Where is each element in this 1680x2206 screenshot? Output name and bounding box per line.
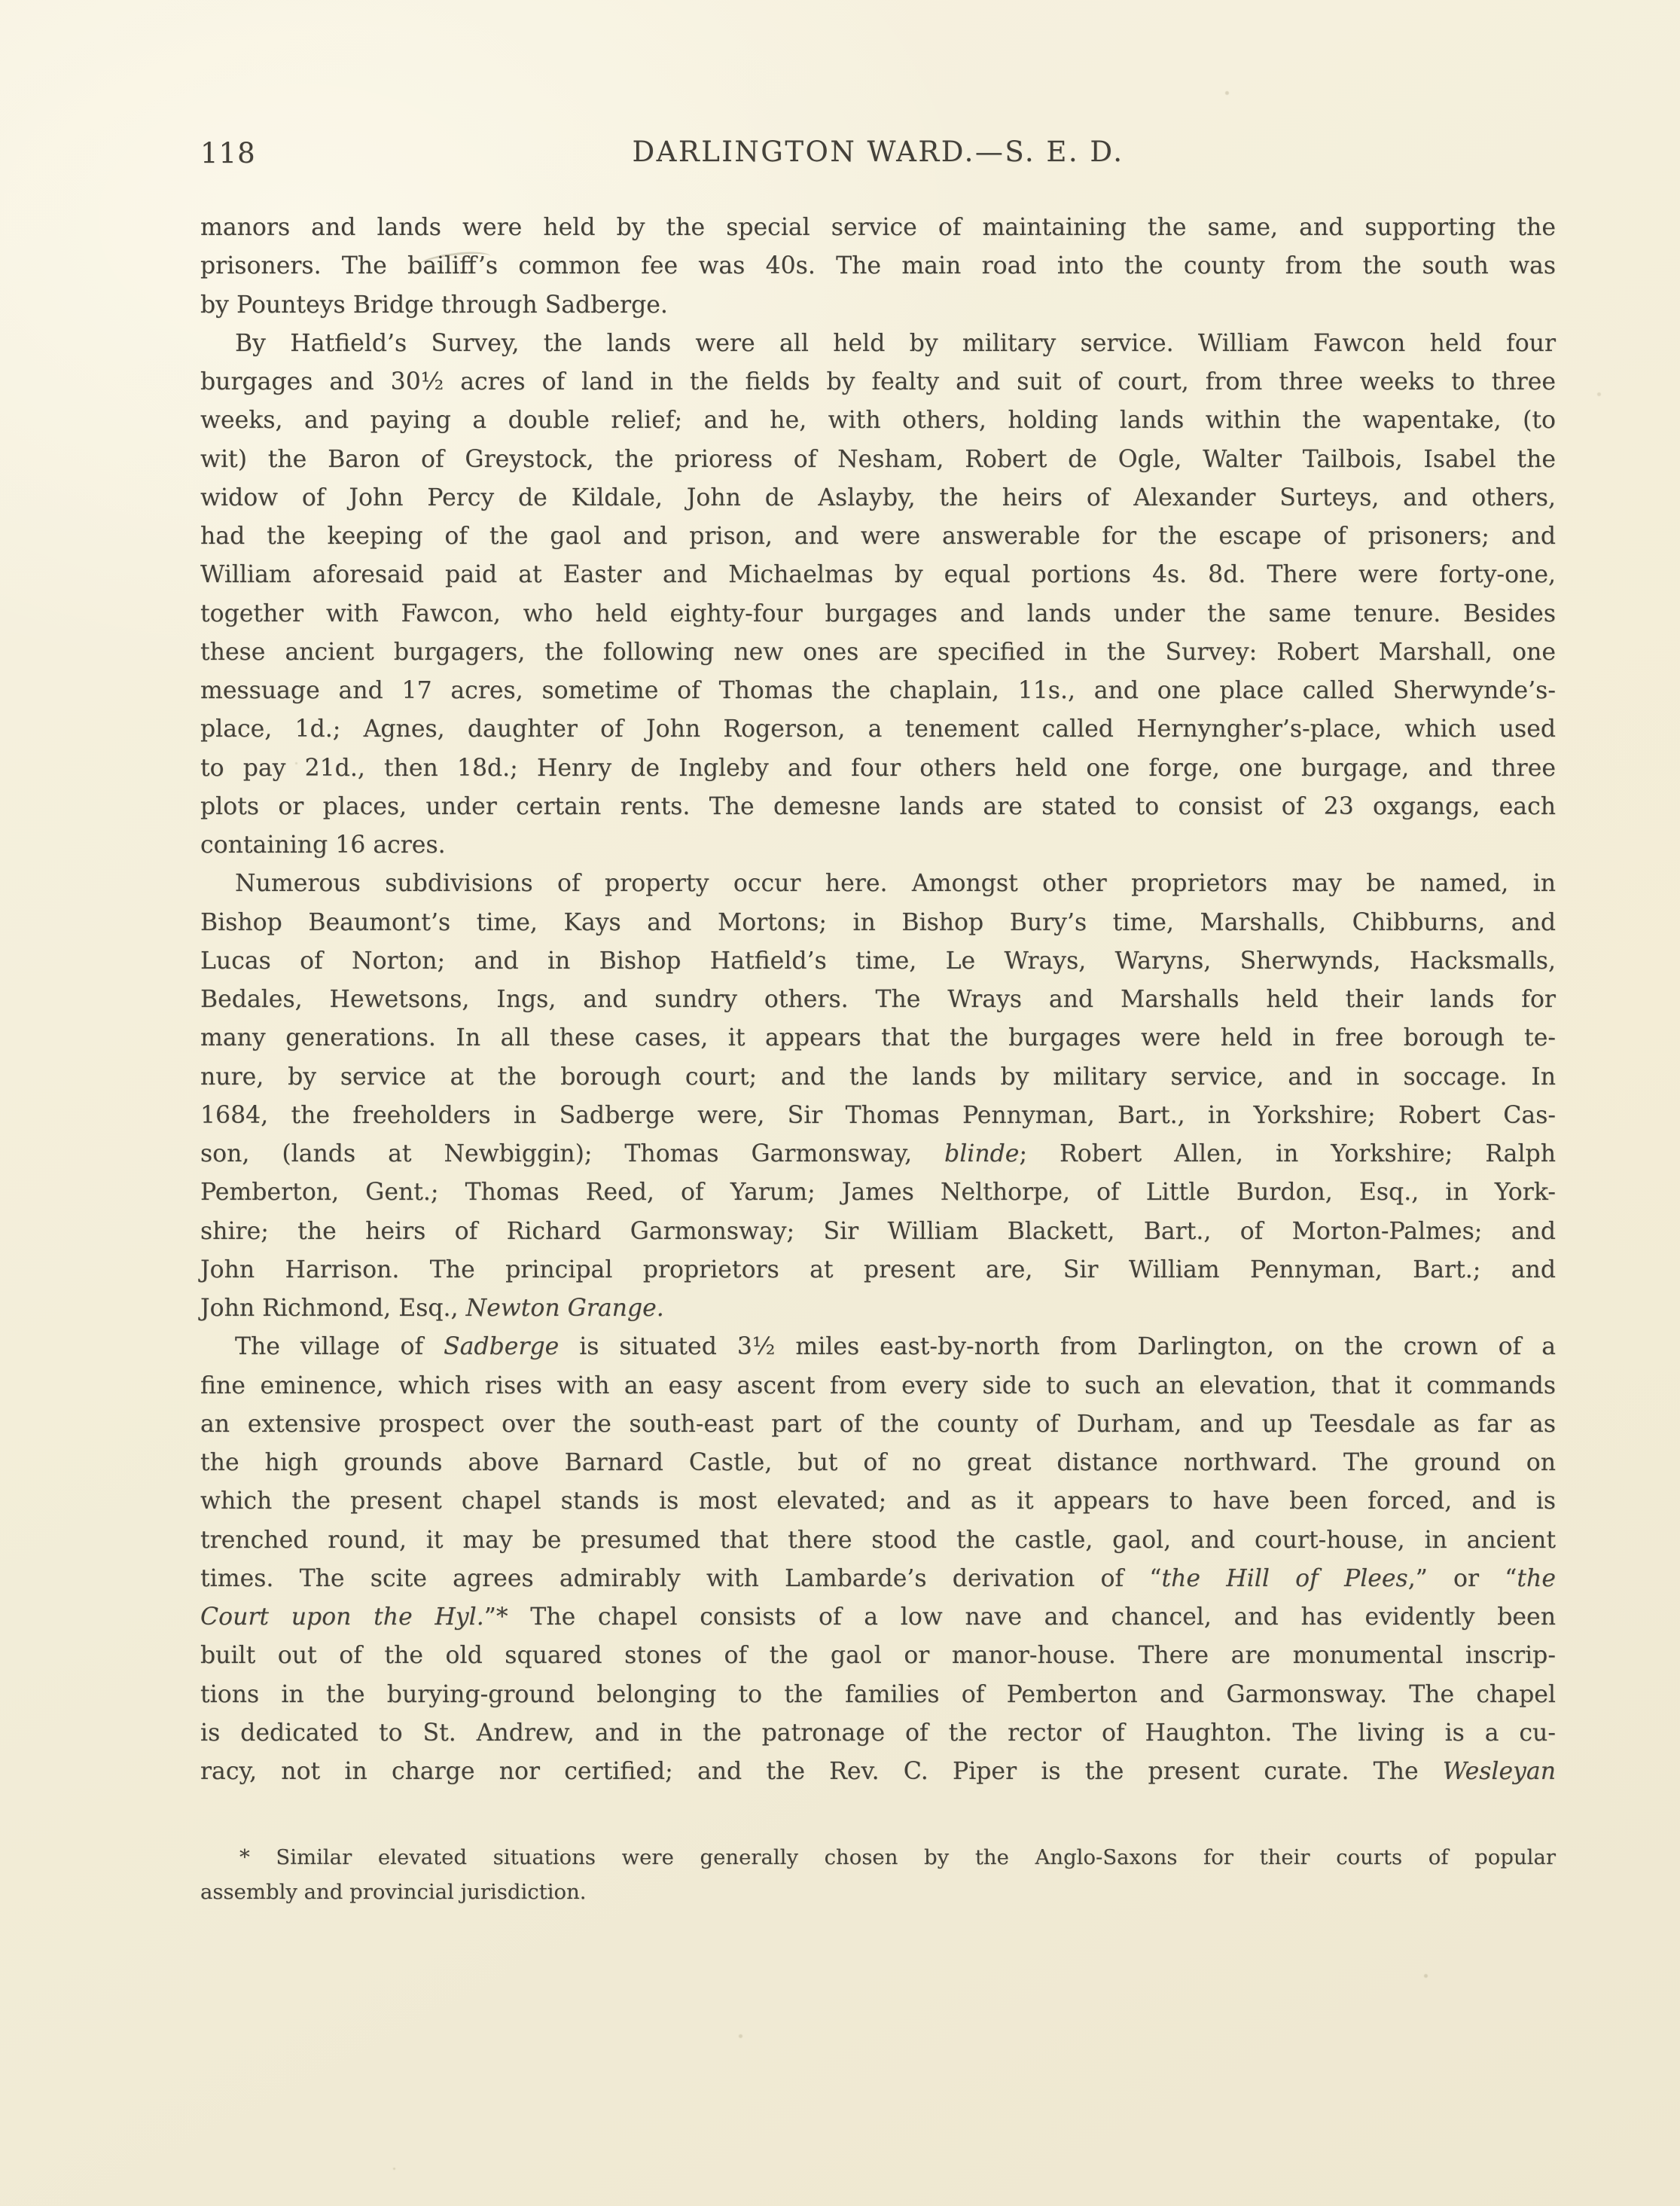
text-line: son, (lands at Newbiggin); Thomas Garmon… xyxy=(200,1135,1556,1173)
text-line: Court upon the Hyl.”* The chapel consist… xyxy=(200,1598,1556,1637)
text-line: * Similar elevated situations were gener… xyxy=(200,1840,1556,1875)
text-line: together with Fawcon, who held eighty-fo… xyxy=(200,595,1556,633)
text-line: manors and lands were held by the specia… xyxy=(200,209,1556,247)
text-segment: place, 1d.; Agnes, daughter of John Roge… xyxy=(200,716,1556,743)
text-line: widow of John Percy de Kildale, John de … xyxy=(200,479,1556,517)
text-line: weeks, and paying a double relief; and h… xyxy=(200,401,1556,440)
text-segment: son, (lands at Newbiggin); Thomas Garmon… xyxy=(200,1140,944,1167)
text-segment: messuage and 17 acres, sometime of Thoma… xyxy=(200,677,1556,704)
text-line: Pemberton, Gent.; Thomas Reed, of Yarum;… xyxy=(200,1173,1556,1212)
text-segment: ”* The chapel consists of a low nave and… xyxy=(484,1603,1556,1631)
text-line: built out of the old squared stones of t… xyxy=(200,1637,1556,1675)
text-line: messuage and 17 acres, sometime of Thoma… xyxy=(200,672,1556,710)
text-segment: Bedales, Hewetsons, Ings, and sundry oth… xyxy=(200,986,1556,1013)
text-line: racy, not in charge nor certified; and t… xyxy=(200,1753,1556,1791)
page: { "page": { "number": "118", "header": "… xyxy=(0,0,1680,2206)
text-segment: widow of John Percy de Kildale, John de … xyxy=(200,484,1556,511)
text-segment: tions in the burying-ground belonging to… xyxy=(200,1681,1556,1708)
running-header: DARLINGTON WARD.—S. E. D. xyxy=(200,136,1556,168)
text-line: the high grounds above Barnard Castle, b… xyxy=(200,1444,1556,1482)
text-line: which the present chapel stands is most … xyxy=(200,1482,1556,1521)
text-segment: many generations. In all these cases, it… xyxy=(200,1024,1556,1051)
text-segment: which the present chapel stands is most … xyxy=(200,1487,1556,1515)
italic-text-segment: Sadberge xyxy=(444,1333,559,1360)
text-line: times. The scite agrees admirably with L… xyxy=(200,1560,1556,1598)
text-segment: racy, not in charge nor certified; and t… xyxy=(200,1758,1443,1785)
text-segment: by Pounteys Bridge through Sadberge. xyxy=(200,291,668,319)
text-line: fine eminence, which rises with an easy … xyxy=(200,1367,1556,1405)
text-segment: the high grounds above Barnard Castle, b… xyxy=(200,1449,1556,1476)
italic-text-segment: the xyxy=(1517,1565,1556,1592)
text-segment: these ancient burgagers, the following n… xyxy=(200,639,1556,666)
text-line: had the keeping of the gaol and prison, … xyxy=(200,517,1556,556)
text-segment: The village of xyxy=(235,1333,444,1360)
text-segment: Pemberton, Gent.; Thomas Reed, of Yarum;… xyxy=(200,1179,1556,1206)
text-segment: trenched round, it may be presumed that … xyxy=(200,1527,1556,1554)
text-line: Bedales, Hewetsons, Ings, and sundry oth… xyxy=(200,981,1556,1019)
text-line: John Harrison. The principal proprietors… xyxy=(200,1251,1556,1289)
text-segment: is situated 3½ miles east-by-north from … xyxy=(559,1333,1556,1360)
text-segment: ,” or “ xyxy=(1408,1565,1517,1592)
italic-text-segment: Court upon the Hyl. xyxy=(200,1603,484,1631)
text-segment: nure, by service at the borough court; a… xyxy=(200,1063,1556,1091)
footnote: * Similar elevated situations were gener… xyxy=(200,1840,1556,1909)
text-segment: John Richmond, Esq., xyxy=(200,1295,466,1322)
text-line: William aforesaid paid at Easter and Mic… xyxy=(200,556,1556,594)
text-line: shire; the heirs of Richard Garmonsway; … xyxy=(200,1213,1556,1251)
text-line: is dedicated to St. Andrew, and in the p… xyxy=(200,1714,1556,1753)
text-segment: John Harrison. The principal proprietors… xyxy=(200,1256,1556,1283)
text-segment: burgages and 30½ acres of land in the fi… xyxy=(200,368,1556,395)
text-segment: together with Fawcon, who held eighty-fo… xyxy=(200,600,1556,627)
text-segment: By Hatfield’s Survey, the lands were all… xyxy=(235,330,1556,357)
text-segment: shire; the heirs of Richard Garmonsway; … xyxy=(200,1218,1556,1245)
text-segment: * Similar elevated situations were gener… xyxy=(239,1845,1556,1869)
text-line: wit) the Baron of Greystock, the priores… xyxy=(200,441,1556,479)
text-segment: is dedicated to St. Andrew, and in the p… xyxy=(200,1719,1556,1747)
text-line: trenched round, it may be presumed that … xyxy=(200,1521,1556,1560)
text-line: place, 1d.; Agnes, daughter of John Roge… xyxy=(200,710,1556,749)
body-text: manors and lands were held by the specia… xyxy=(200,209,1556,1791)
text-segment: Bishop Beaumont’s time, Kays and Mortons… xyxy=(200,909,1556,936)
text-line: many generations. In all these cases, it… xyxy=(200,1019,1556,1057)
text-segment: assembly and provincial jurisdiction. xyxy=(200,1880,587,1904)
text-segment: had the keeping of the gaol and prison, … xyxy=(200,523,1556,550)
text-segment: containing 16 acres. xyxy=(200,831,446,859)
text-line: Lucas of Norton; and in Bishop Hatfield’… xyxy=(200,942,1556,981)
text-segment: manors and lands were held by the specia… xyxy=(200,214,1556,241)
italic-text-segment: Newton Grange. xyxy=(466,1295,664,1322)
text-segment: ; Robert Allen, in Yorkshire; Ralph xyxy=(1019,1140,1556,1167)
text-segment: Lucas of Norton; and in Bishop Hatfield’… xyxy=(200,947,1556,975)
text-segment: to pay 21d., then 18d.; Henry de Ingleby… xyxy=(200,755,1556,782)
text-segment: weeks, and paying a double relief; and h… xyxy=(200,407,1556,434)
text-segment: an extensive prospect over the south-eas… xyxy=(200,1411,1556,1438)
text-segment: 1684, the freeholders in Sadberge were, … xyxy=(200,1102,1556,1129)
text-line: prisoners. The bailiff’s common fee was … xyxy=(200,247,1556,285)
italic-text-segment: blinde xyxy=(944,1140,1019,1167)
text-line: these ancient burgagers, the following n… xyxy=(200,633,1556,672)
text-line: Bishop Beaumont’s time, Kays and Mortons… xyxy=(200,904,1556,942)
text-segment: prisoners. The bailiff’s common fee was … xyxy=(200,252,1556,279)
text-line: to pay 21d., then 18d.; Henry de Ingleby… xyxy=(200,749,1556,788)
text-segment: fine eminence, which rises with an easy … xyxy=(200,1372,1556,1399)
text-line: The village of Sadberge is situated 3½ m… xyxy=(200,1328,1556,1366)
text-line: nure, by service at the borough court; a… xyxy=(200,1058,1556,1097)
italic-text-segment: Wesleyan xyxy=(1443,1758,1556,1785)
text-segment: plots or places, under certain rents. Th… xyxy=(200,793,1556,820)
text-segment: wit) the Baron of Greystock, the priores… xyxy=(200,446,1556,473)
italic-text-segment: the Hill of Plees xyxy=(1161,1565,1407,1592)
text-segment: built out of the old squared stones of t… xyxy=(200,1642,1556,1669)
text-line: 1684, the freeholders in Sadberge were, … xyxy=(200,1097,1556,1135)
text-line: plots or places, under certain rents. Th… xyxy=(200,788,1556,826)
text-segment: William aforesaid paid at Easter and Mic… xyxy=(200,561,1556,588)
paper-specks xyxy=(0,0,2,2)
text-line: burgages and 30½ acres of land in the fi… xyxy=(200,363,1556,401)
text-line: tions in the burying-ground belonging to… xyxy=(200,1676,1556,1714)
text-segment: Numerous subdivisions of property occur … xyxy=(235,870,1556,897)
text-line: By Hatfield’s Survey, the lands were all… xyxy=(200,325,1556,363)
text-line: Numerous subdivisions of property occur … xyxy=(200,865,1556,903)
text-segment: times. The scite agrees admirably with L… xyxy=(200,1565,1161,1592)
text-line: an extensive prospect over the south-eas… xyxy=(200,1405,1556,1444)
